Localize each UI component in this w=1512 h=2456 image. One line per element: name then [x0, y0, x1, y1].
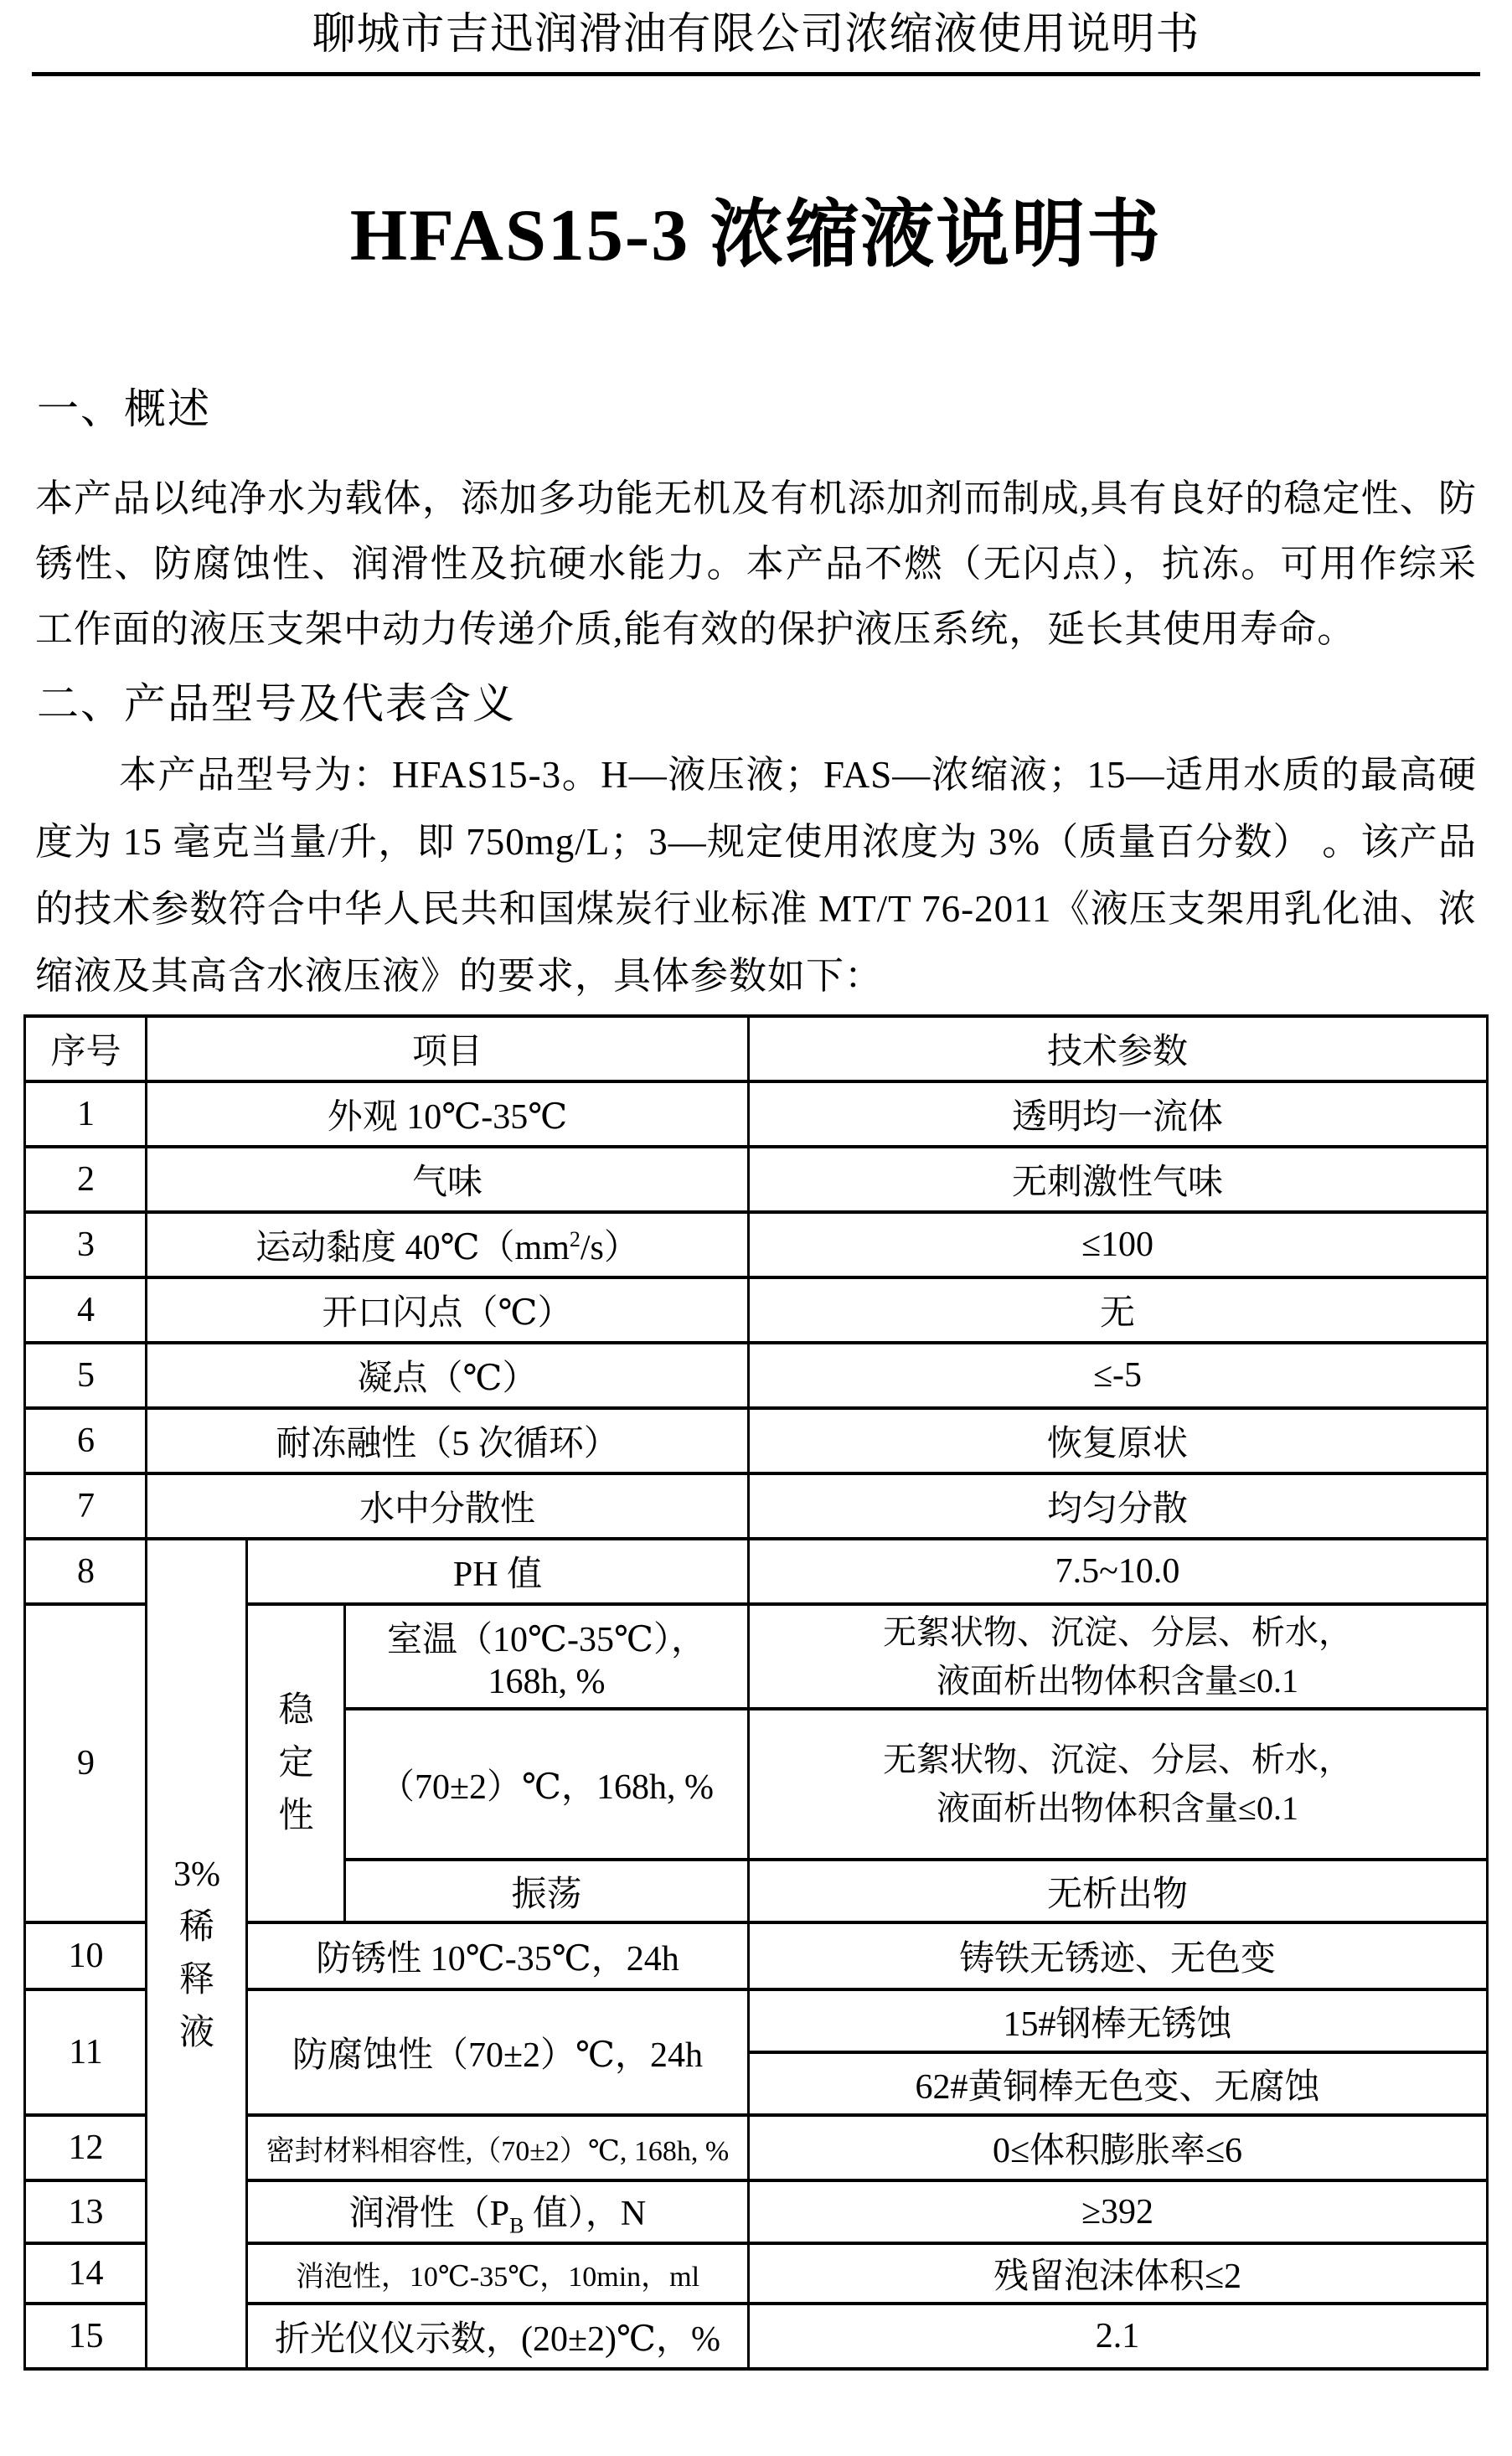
row8-param: 7.5~10.0	[748, 1539, 1487, 1604]
spec-table: 序号 项目 技术参数 1 外观 10℃-35℃ 透明均一流体 2 气味 无刺激性…	[23, 1014, 1488, 2371]
document-title: HFAS15-3 浓缩液说明书	[0, 198, 1512, 275]
header-rule	[32, 72, 1480, 76]
table-row-5: 5 凝点（℃） ≤-5	[25, 1343, 1487, 1408]
section-1-heading: 一、概述	[37, 385, 1512, 434]
section-2-heading: 二、产品型号及代表含义	[37, 680, 1512, 729]
row5-param: ≤-5	[748, 1343, 1487, 1408]
section-2-paragraph: 本产品型号为：HFAS15-3。H—液压液；FAS—浓缩液；15—适用水质的最高…	[35, 741, 1477, 1009]
row7-param: 均匀分散	[748, 1473, 1487, 1539]
table-row-4: 4 开口闪点（℃） 无	[25, 1277, 1487, 1343]
row7-item: 水中分散性	[147, 1473, 748, 1539]
row15-item: 折光仪仪示数，(20±2)℃，%	[247, 2304, 748, 2369]
row5-no: 5	[25, 1343, 147, 1408]
row4-item: 开口闪点（℃）	[147, 1277, 748, 1343]
row3-item: 运动黏度 40℃（mm2/s）	[147, 1212, 748, 1277]
row13-no: 13	[25, 2180, 147, 2243]
row10-item: 防锈性 10℃-35℃，24h	[247, 1922, 748, 1989]
row9-sub2-param: 无絮状物、沉淀、分层、析水， 液面析出物体积含量≤0.1	[748, 1709, 1487, 1860]
row5-item: 凝点（℃）	[147, 1343, 748, 1408]
row10-param: 铸铁无锈迹、无色变	[748, 1922, 1487, 1989]
row15-no: 15	[25, 2304, 147, 2369]
row10-no: 10	[25, 1922, 147, 1989]
row1-item: 外观 10℃-35℃	[147, 1081, 748, 1147]
row2-item: 气味	[147, 1147, 748, 1212]
row12-item: 密封材料相容性,（70±2）℃, 168h, %	[247, 2115, 748, 2180]
row6-no: 6	[25, 1408, 147, 1473]
stability-group-label: 稳 定 性	[247, 1604, 345, 1922]
row3-item-text-tail: /s）	[581, 1229, 639, 1267]
row11-param-brass: 62#黄铜棒无色变、无腐蚀	[748, 2052, 1487, 2115]
row9-sub2-item: （70±2）℃，168h, %	[345, 1709, 748, 1860]
table-header-row: 序号 项目 技术参数	[25, 1016, 1487, 1081]
row15-param: 2.1	[748, 2304, 1487, 2369]
document-page: 聊城市吉迅润滑油有限公司浓缩液使用说明书 HFAS15-3 浓缩液说明书 一、概…	[0, 0, 1512, 2456]
row14-no: 14	[25, 2243, 147, 2304]
row9-sub3-param: 无析出物	[748, 1860, 1487, 1922]
table-row-6: 6 耐冻融性（5 次循环） 恢复原状	[25, 1408, 1487, 1473]
dilution-group-label: 3% 稀 释 液	[147, 1539, 247, 2369]
row11-item: 防腐蚀性（70±2）℃，24h	[247, 1989, 748, 2115]
row3-item-text: 运动黏度 40℃（mm	[255, 1229, 570, 1267]
row13-item-subscript: B	[509, 2213, 524, 2237]
table-row-3: 3 运动黏度 40℃（mm2/s） ≤100	[25, 1212, 1487, 1277]
table-row-1: 1 外观 10℃-35℃ 透明均一流体	[25, 1081, 1487, 1147]
row9-sub1-param: 无絮状物、沉淀、分层、析水， 液面析出物体积含量≤0.1	[748, 1604, 1487, 1709]
row8-no: 8	[25, 1539, 147, 1604]
table-row-7: 7 水中分散性 均匀分散	[25, 1473, 1487, 1539]
row6-item: 耐冻融性（5 次循环）	[147, 1408, 748, 1473]
row4-param: 无	[748, 1277, 1487, 1343]
row12-no: 12	[25, 2115, 147, 2180]
row12-param: 0≤体积膨胀率≤6	[748, 2115, 1487, 2180]
row1-param: 透明均一流体	[748, 1081, 1487, 1147]
row6-param: 恢复原状	[748, 1408, 1487, 1473]
col-header-param: 技术参数	[748, 1016, 1487, 1081]
section-1-paragraph: 本产品以纯净水为载体，添加多功能无机及有机添加剂而制成,具有良好的稳定性、防锈性…	[35, 466, 1477, 662]
row14-param: 残留泡沫体积≤2	[748, 2243, 1487, 2304]
row1-no: 1	[25, 1081, 147, 1147]
row3-item-superscript: 2	[570, 1227, 581, 1251]
row3-no: 3	[25, 1212, 147, 1277]
row9-sub3-item: 振荡	[345, 1860, 748, 1922]
row13-param: ≥392	[748, 2180, 1487, 2243]
row11-no: 11	[25, 1989, 147, 2115]
col-header-no: 序号	[25, 1016, 147, 1081]
row2-no: 2	[25, 1147, 147, 1212]
row2-param: 无刺激性气味	[748, 1147, 1487, 1212]
table-row-2: 2 气味 无刺激性气味	[25, 1147, 1487, 1212]
col-header-item: 项目	[147, 1016, 748, 1081]
row9-sub1-item: 室温（10℃-35℃），168h, %	[345, 1604, 748, 1709]
row9-no: 9	[25, 1604, 147, 1922]
row3-param: ≤100	[748, 1212, 1487, 1277]
page-header-title: 聊城市吉迅润滑油有限公司浓缩液使用说明书	[0, 0, 1512, 60]
row13-item-text: 润滑性（P	[349, 2195, 509, 2233]
row8-item: PH 值	[247, 1539, 748, 1604]
row13-item-text-tail: 值），N	[524, 2195, 646, 2233]
row11-param-steel: 15#钢棒无锈蚀	[748, 1989, 1487, 2052]
row14-item: 消泡性，10℃-35℃，10min，ml	[247, 2243, 748, 2304]
row7-no: 7	[25, 1473, 147, 1539]
table-row-8: 8 3% 稀 释 液 PH 值 7.5~10.0	[25, 1539, 1487, 1604]
row4-no: 4	[25, 1277, 147, 1343]
row13-item: 润滑性（PB 值），N	[247, 2180, 748, 2243]
